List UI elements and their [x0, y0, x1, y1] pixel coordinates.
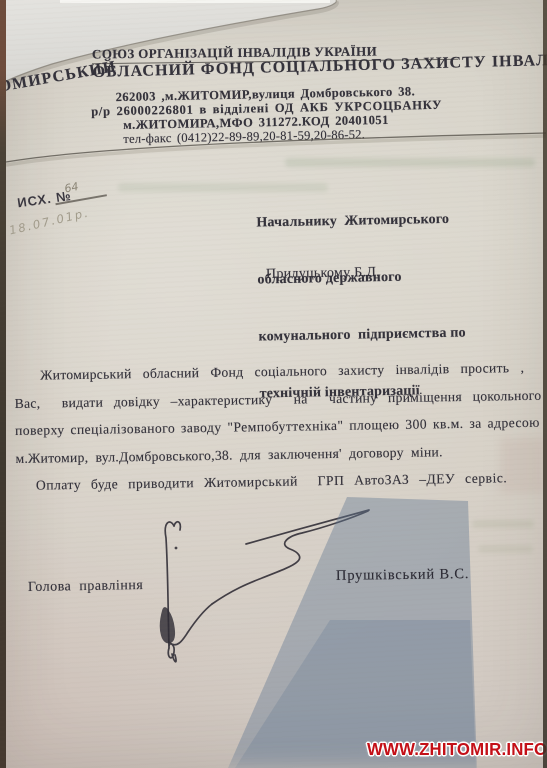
photo-edge-right — [543, 0, 547, 768]
photographed-letter: СОЮЗ ОРГАНІЗАЦІЙ ІНВАЛІДІВ УКРАЇНИ ЖИТОМ… — [0, 0, 547, 768]
outgoing-label: ИСХ. № — [16, 188, 72, 210]
photo-edge-left — [0, 0, 6, 768]
bleed-artifact — [478, 545, 533, 553]
signature-scribble — [130, 490, 400, 690]
letter-body: Житомирський обласний Фонд соціального з… — [14, 353, 547, 499]
signer-title: Голова правління — [28, 578, 144, 596]
site-watermark: WWW.ZHITOMIR.INFO — [367, 739, 547, 760]
outgoing-stamp: ИСХ. № 64 18.07.01р. — [15, 183, 138, 249]
addressee-name: Прилуцькому Б.Д. — [266, 265, 380, 283]
addressee-line: комунального підприємства по — [258, 322, 518, 348]
outgoing-number-handwritten: 64 — [63, 180, 79, 195]
bleed-artifact — [472, 520, 534, 528]
letterhead-rule — [0, 126, 547, 170]
addressee-line: Начальнику Житомирського — [256, 208, 516, 234]
outgoing-date-handwritten: 18.07.01р. — [8, 205, 91, 237]
signer-name: Прушківський В.С. — [336, 566, 469, 585]
